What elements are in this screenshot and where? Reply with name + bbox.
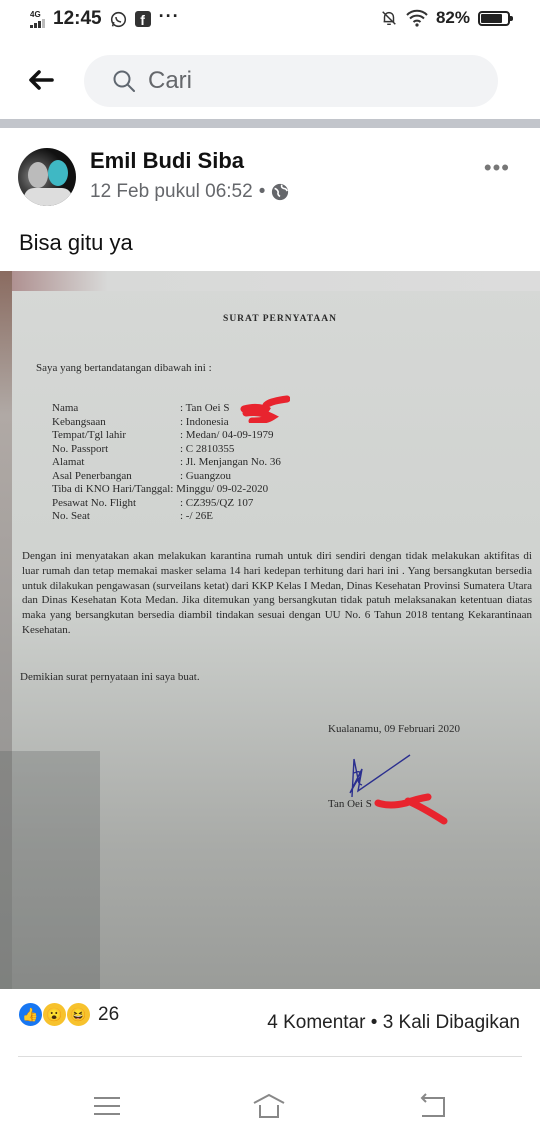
menu-icon[interactable] bbox=[90, 1092, 124, 1120]
redaction-scribble bbox=[372, 793, 452, 827]
field-value: : Indonesia bbox=[180, 416, 229, 430]
field-label: Tiba di KNO Hari/Tanggal bbox=[52, 483, 170, 497]
shares-link[interactable]: 3 Kali Dibagikan bbox=[383, 1012, 520, 1033]
back-button[interactable] bbox=[26, 65, 56, 95]
system-nav-bar bbox=[0, 1080, 540, 1140]
post-timestamp[interactable]: 12 Feb pukul 06:52 bbox=[90, 181, 253, 203]
document-field-row: Asal Penerbangan: Guangzou bbox=[52, 470, 281, 484]
field-label: Tempat/Tgl lahir bbox=[52, 429, 180, 443]
like-reaction-icon: 👍 bbox=[18, 1002, 43, 1027]
meta-separator: • bbox=[259, 181, 266, 203]
network-type: 4G bbox=[30, 11, 41, 19]
field-value: : -/ 26E bbox=[180, 510, 213, 524]
document-closing: Demikian surat pernyataan ini saya buat. bbox=[20, 671, 200, 683]
field-label: Kebangsaan bbox=[52, 416, 180, 430]
clock: 12:45 bbox=[53, 8, 102, 30]
search-header: Cari bbox=[0, 45, 540, 119]
field-value: : C 2810355 bbox=[180, 443, 234, 457]
more-notifications-icon: ··· bbox=[159, 6, 180, 27]
section-divider bbox=[0, 119, 540, 128]
battery-percent: 82% bbox=[436, 8, 470, 28]
comments-link[interactable]: 4 Komentar bbox=[267, 1012, 365, 1033]
back-icon[interactable] bbox=[414, 1092, 448, 1120]
field-label: Pesawat No. Flight bbox=[52, 497, 180, 511]
avatar[interactable] bbox=[18, 148, 76, 206]
battery-icon bbox=[478, 11, 510, 26]
document-signer: Tan Oei S bbox=[328, 798, 372, 810]
document-title: SURAT PERNYATAAN bbox=[0, 314, 540, 324]
field-value: : Jl. Menjangan No. 36 bbox=[180, 456, 281, 470]
document-field-row: Tempat/Tgl lahir: Medan/ 04-09-1979 bbox=[52, 429, 281, 443]
redaction-scribble bbox=[240, 395, 290, 423]
field-label: No. Seat bbox=[52, 510, 180, 524]
whatsapp-icon bbox=[110, 11, 127, 28]
field-label: Alamat bbox=[52, 456, 180, 470]
document-field-row: No. Seat: -/ 26E bbox=[52, 510, 281, 524]
haha-reaction-icon: 😆 bbox=[66, 1002, 91, 1027]
facebook-icon: f bbox=[135, 11, 151, 27]
field-value: : Guangzou bbox=[180, 470, 231, 484]
post-text: Bisa gitu ya bbox=[19, 230, 133, 256]
document-field-row: Tiba di KNO Hari/Tanggal: Minggu/ 09-02-… bbox=[52, 483, 281, 497]
globe-icon bbox=[271, 183, 289, 201]
home-icon[interactable] bbox=[252, 1092, 286, 1120]
search-placeholder: Cari bbox=[148, 67, 192, 95]
cellular-signal-icon: 4G bbox=[30, 11, 45, 28]
wow-reaction-icon: 😮 bbox=[42, 1002, 67, 1027]
field-label: No. Passport bbox=[52, 443, 180, 457]
stats-separator: • bbox=[371, 1012, 378, 1033]
search-icon bbox=[112, 69, 136, 93]
document-image-content: SURAT PERNYATAAN Saya yang bertandatanga… bbox=[0, 271, 540, 989]
document-place-date: Kualanamu, 09 Februari 2020 bbox=[328, 723, 460, 735]
document-field-row: No. Passport: C 2810355 bbox=[52, 443, 281, 457]
document-intro: Saya yang bertandatangan dibawah ini : bbox=[36, 362, 212, 374]
post-meta: 12 Feb pukul 06:52 • bbox=[90, 181, 289, 203]
post-options-button[interactable]: ••• bbox=[484, 155, 510, 181]
field-value: : Tan Oei S bbox=[180, 402, 229, 416]
field-value: : Medan/ 04-09-1979 bbox=[180, 429, 273, 443]
stats-divider bbox=[18, 1056, 522, 1057]
field-label: Nama bbox=[52, 402, 180, 416]
arrow-left-icon bbox=[26, 65, 56, 95]
post-photo[interactable]: SURAT PERNYATAAN Saya yang bertandatanga… bbox=[0, 271, 540, 989]
document-field-row: Pesawat No. Flight: CZ395/QZ 107 bbox=[52, 497, 281, 511]
document-field-row: Alamat: Jl. Menjangan No. 36 bbox=[52, 456, 281, 470]
wifi-icon bbox=[406, 9, 428, 27]
search-input[interactable]: Cari bbox=[84, 55, 498, 107]
post-stats: 4 Komentar • 3 Kali Dibagikan bbox=[267, 1012, 520, 1034]
field-label: Asal Penerbangan bbox=[52, 470, 180, 484]
document-paragraph: Dengan ini menyatakan akan melakukan kar… bbox=[22, 549, 532, 638]
field-value: : Minggu/ 09-02-2020 bbox=[170, 483, 268, 497]
status-bar: 4G 12:45 f ··· 82% bbox=[0, 0, 540, 44]
mute-bell-icon bbox=[380, 9, 398, 27]
signature bbox=[340, 749, 430, 799]
author-name[interactable]: Emil Budi Siba bbox=[90, 148, 244, 174]
reactions-summary[interactable]: 👍 😮 😆 26 bbox=[18, 1002, 119, 1027]
post-header: Emil Budi Siba 12 Feb pukul 06:52 • ••• bbox=[0, 145, 540, 215]
field-value: : CZ395/QZ 107 bbox=[180, 497, 253, 511]
reaction-count: 26 bbox=[98, 1004, 119, 1026]
